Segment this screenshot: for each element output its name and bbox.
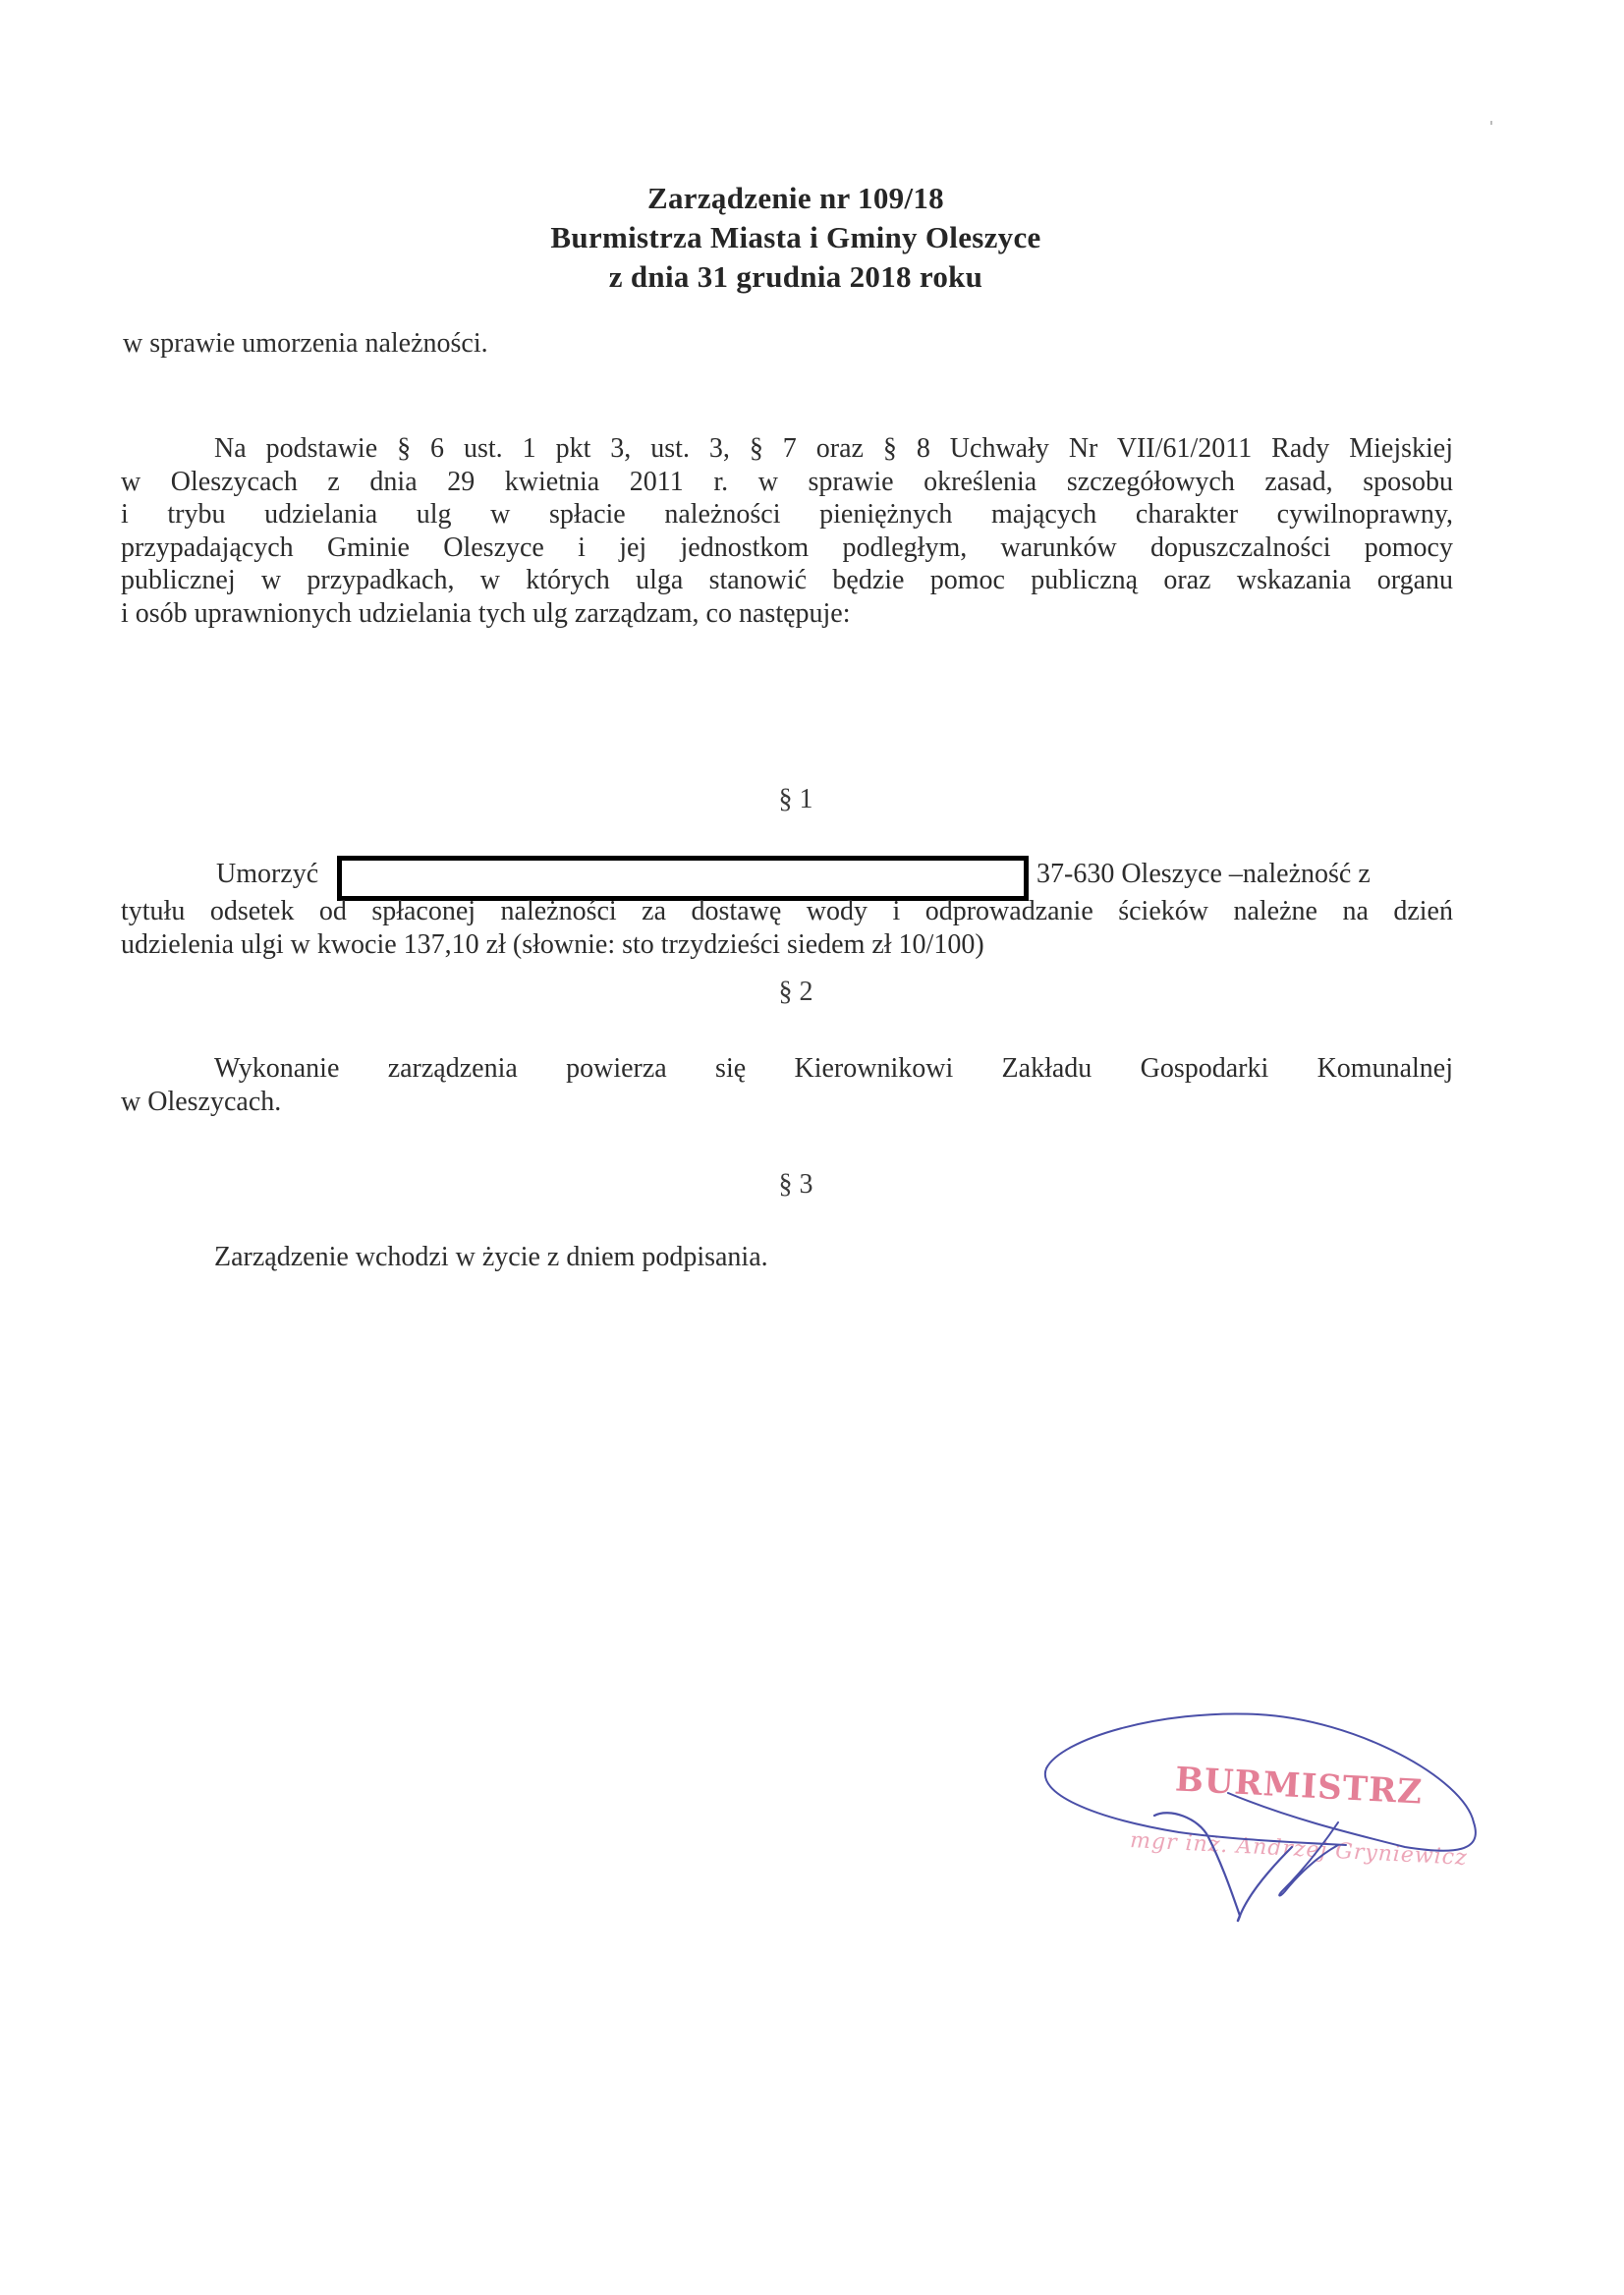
section-1-after-redaction: 37-630 Oleszyce –należność z (1029, 858, 1453, 891)
document-page: Zarządzenie nr 109/18 Burmistrza Miasta … (0, 0, 1624, 2295)
title-line-ordinance-number: Zarządzenie nr 109/18 (0, 179, 1592, 218)
document-title: Zarządzenie nr 109/18 Burmistrza Miasta … (0, 179, 1592, 297)
section-3-paragraph: Zarządzenie wchodzi w życie z dniem podp… (121, 1241, 1453, 1274)
legal-basis-paragraph: Na podstawie § 6 ust. 1 pkt 3, ust. 3, §… (121, 432, 1453, 630)
paragraph-line: tytułu odsetek od spłaconej należności z… (121, 895, 1453, 928)
section-1-heading: § 1 (0, 784, 1592, 815)
paragraph-line: publicznej w przypadkach, w których ulga… (121, 564, 1453, 597)
paragraph-line: Wykonanie zarządzenia powierza się Kiero… (121, 1052, 1453, 1086)
paragraph-line: Zarządzenie wchodzi w życie z dniem podp… (121, 1241, 1453, 1274)
signature-icon (1032, 1709, 1523, 1955)
paragraph-line: w Oleszycach z dnia 29 kwietnia 2011 r. … (121, 466, 1453, 499)
paragraph-line: i osób uprawnionych udzielania tych ulg … (121, 597, 1453, 631)
section-2-heading: § 2 (0, 977, 1592, 1008)
paragraph-line: przypadających Gminie Oleszyce i jej jed… (121, 532, 1453, 565)
section-1-first-line: Umorzyć 37-630 Oleszyce –należność z (121, 858, 1453, 895)
document-subject: w sprawie umorzenia należności. (123, 328, 488, 360)
title-line-date: z dnia 31 grudnia 2018 roku (0, 257, 1592, 297)
section-1-paragraph: Umorzyć 37-630 Oleszyce –należność z tyt… (121, 858, 1453, 961)
paragraph-line: w Oleszycach. (121, 1086, 1453, 1119)
paragraph-line: Na podstawie § 6 ust. 1 pkt 3, ust. 3, §… (121, 432, 1453, 466)
address-text: 37-630 Oleszyce –należność z (1036, 858, 1371, 891)
scan-artifact (1490, 121, 1492, 125)
mayor-stamp-and-signature: BURMISTRZ mgr inż. Andrzej Gryniewicz (1032, 1709, 1523, 1955)
section-1-first-word: Umorzyć (121, 858, 336, 891)
paragraph-line: i trybu udzielania ulg w spłacie należno… (121, 498, 1453, 532)
section-2-paragraph: Wykonanie zarządzenia powierza się Kiero… (121, 1052, 1453, 1118)
section-3-heading: § 3 (0, 1169, 1592, 1201)
paragraph-line: udzielenia ulgi w kwocie 137,10 zł (słow… (121, 928, 1453, 962)
title-line-issuer: Burmistrza Miasta i Gminy Oleszyce (0, 218, 1592, 257)
